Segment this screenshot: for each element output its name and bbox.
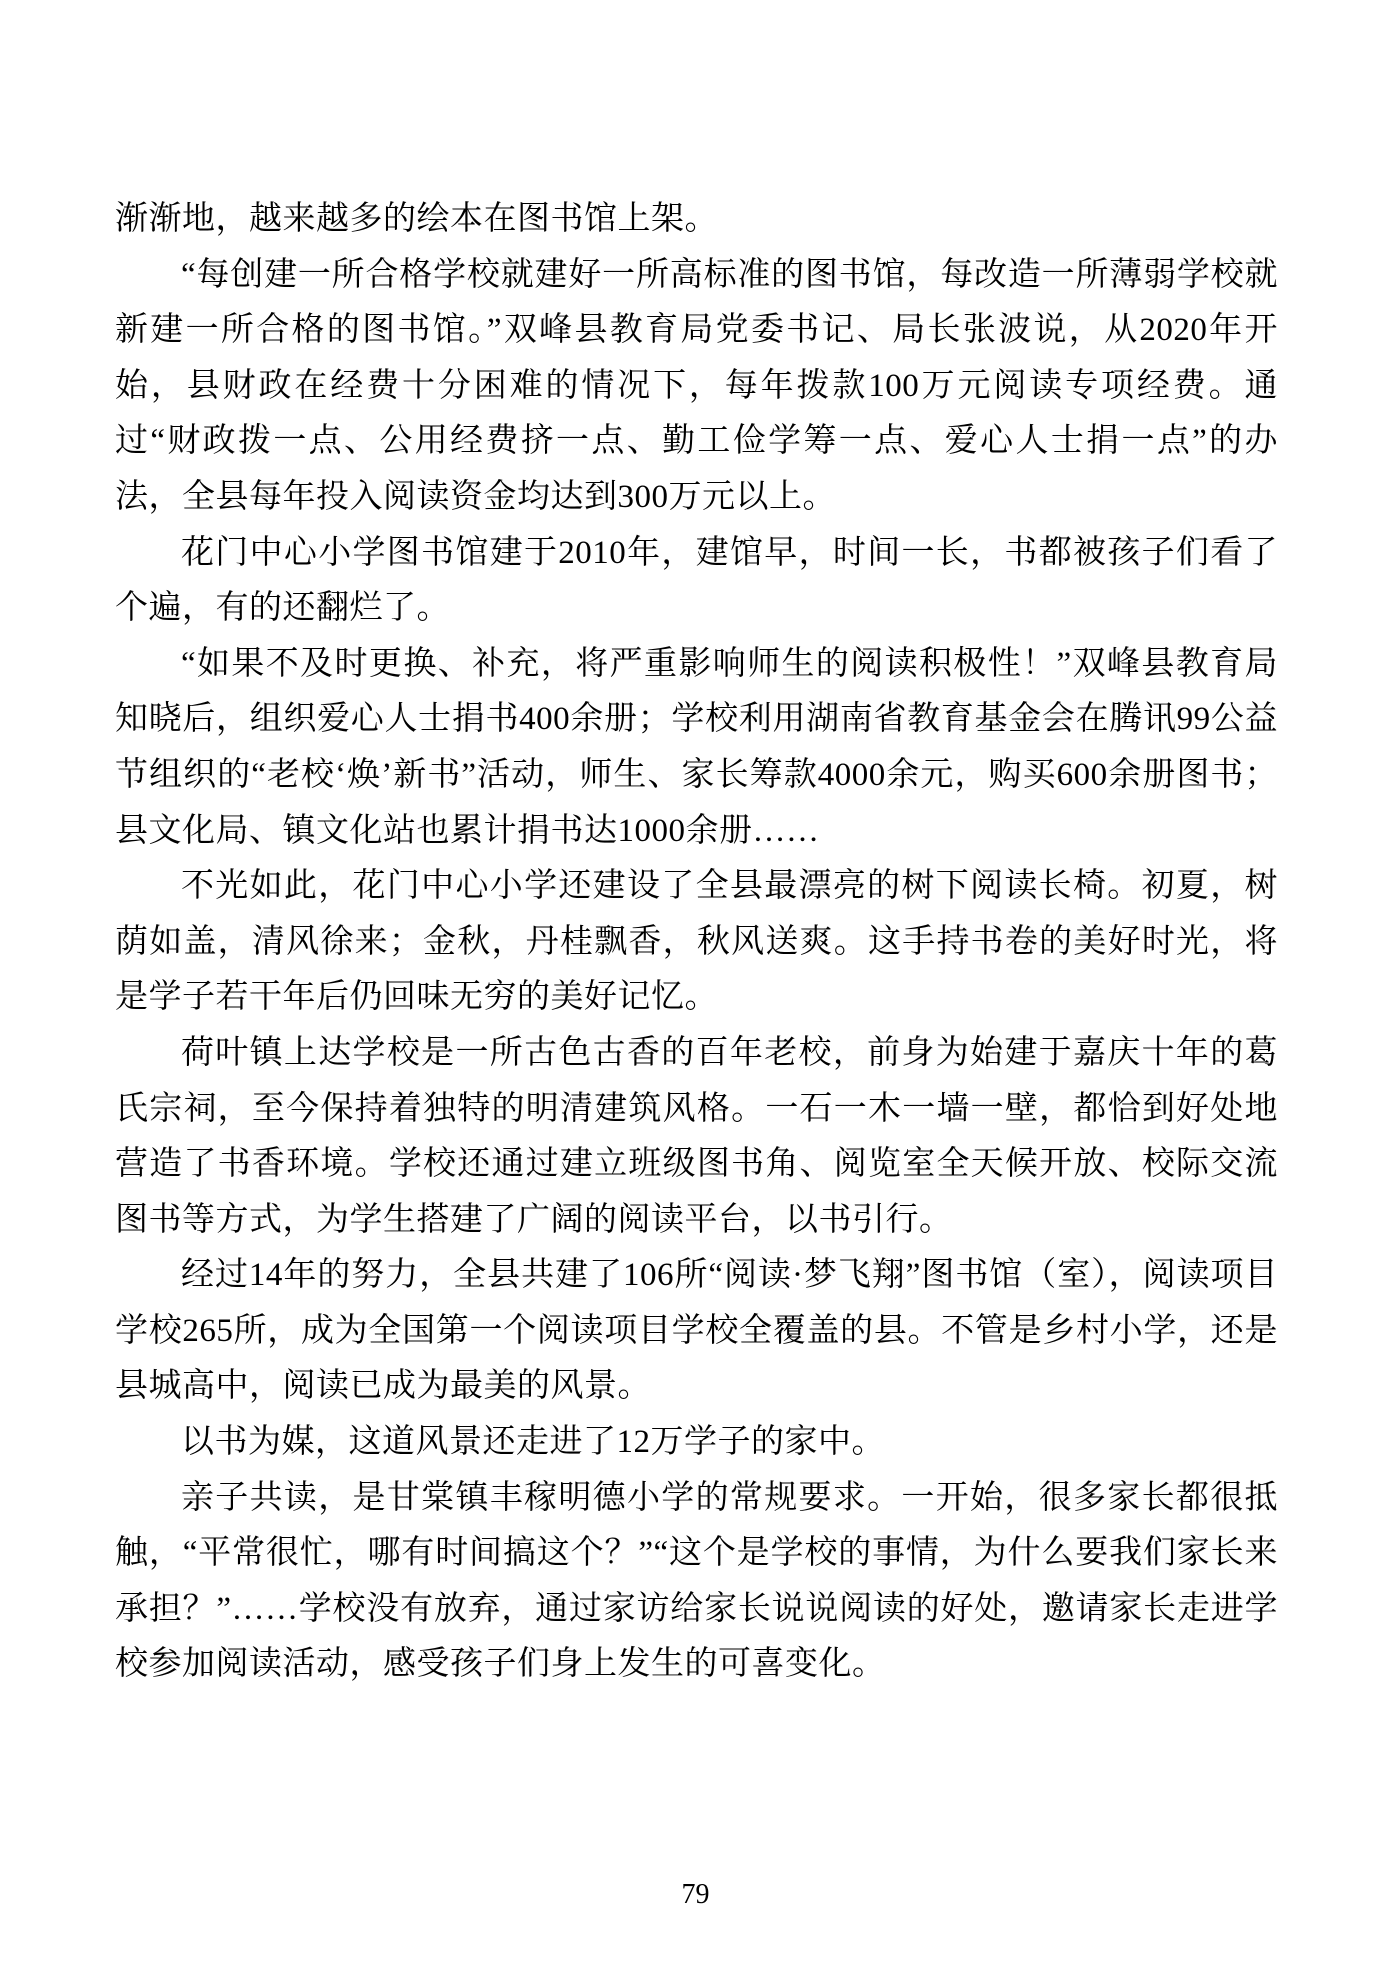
paragraph: 经过14年的努力，全县共建了106所“阅读·梦飞翔”图书馆（室），阅读项目学校2… <box>115 1248 1278 1415</box>
paragraph: “如果不及时更换、补充，将严重影响师生的阅读积极性！”双峰县教育局知晓后，组织爱… <box>115 637 1278 859</box>
paragraph: 花门中心小学图书馆建于2010年，建馆早，时间一长，书都被孩子们看了个遍，有的还… <box>115 526 1278 637</box>
paragraph: 以书为媒，这道风景还走进了12万学子的家中。 <box>115 1415 1278 1471</box>
body-text: 渐渐地，越来越多的绘本在图书馆上架。 “每创建一所合格学校就建好一所高标准的图书… <box>115 192 1278 1693</box>
paragraph: 荷叶镇上达学校是一所古色古香的百年老校，前身为始建于嘉庆十年的葛氏宗祠，至今保持… <box>115 1026 1278 1248</box>
page-number: 79 <box>0 1878 1391 1912</box>
paragraph: 不光如此，花门中心小学还建设了全县最漂亮的树下阅读长椅。初夏，树荫如盖，清风徐来… <box>115 859 1278 1026</box>
document-page: 渐渐地，越来越多的绘本在图书馆上架。 “每创建一所合格学校就建好一所高标准的图书… <box>0 0 1391 1965</box>
paragraph: “每创建一所合格学校就建好一所高标准的图书馆，每改造一所薄弱学校就新建一所合格的… <box>115 248 1278 526</box>
paragraph: 亲子共读，是甘棠镇丰稼明德小学的常规要求。一开始，很多家长都很抵触，“平常很忙，… <box>115 1471 1278 1693</box>
paragraph: 渐渐地，越来越多的绘本在图书馆上架。 <box>115 192 1278 248</box>
